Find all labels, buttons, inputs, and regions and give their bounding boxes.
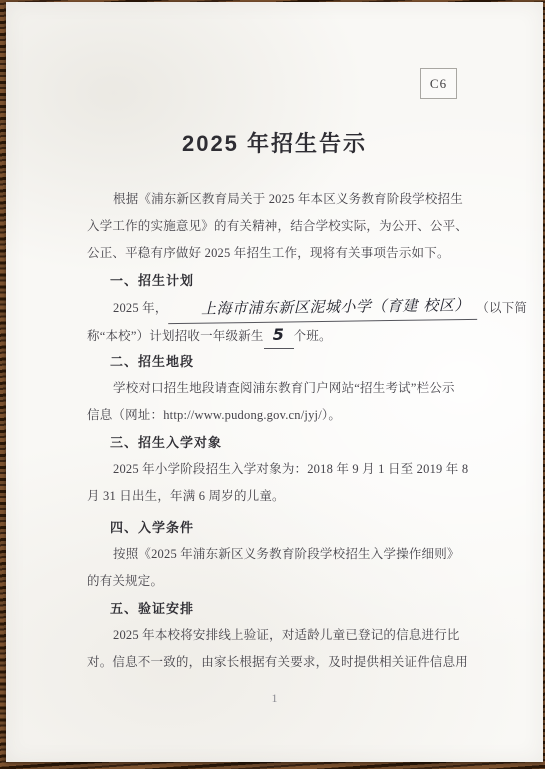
- section-heading-1: 一、招生计划: [87, 267, 469, 294]
- page-number: 1: [6, 690, 543, 706]
- section-heading-2: 二、招生地段: [87, 348, 469, 375]
- body-line: 按照《2025 年浦东新区义务教育阶段学校招生入学操作细则》: [87, 541, 469, 568]
- body-line: 2025 年本校将安排线上验证，对适龄儿童已登记的信息进行比: [87, 622, 469, 649]
- section1-line2: 称“本校”）计划招收一年级新生5个班。: [87, 321, 469, 348]
- intro-line: 公正、平稳有序做好 2025 年招生工作，现将有关事项告示如下。: [87, 240, 469, 267]
- body-line: 学校对口招生地段请查阅浦东教育门户网站“招生考试”栏公示: [87, 375, 469, 402]
- section-heading-3: 三、招生入学对象: [87, 429, 469, 456]
- intro-line: 入学工作的实施意见》的有关精神，结合学校实际，为公开、公平、: [87, 213, 469, 240]
- handwritten-school-name: 上海市浦东新区泥城小学（育建 校区）: [167, 292, 476, 324]
- document-title: 2025 年招生告示: [6, 130, 543, 158]
- section-heading-5: 五、验证安排: [87, 595, 469, 622]
- document-page: C6 2025 年招生告示 根据《浦东新区教育局关于 2025 年本区义务教育阶…: [6, 2, 543, 762]
- body-line: 对。信息不一致的，由家长根据有关要求，及时提供相关证件信息用: [87, 649, 469, 676]
- corner-code-box: C6: [420, 68, 457, 99]
- document-body: 根据《浦东新区教育局关于 2025 年本区义务教育阶段学校招生 入学工作的实施意…: [87, 186, 469, 676]
- body-line: 2025 年小学阶段招生入学对象为：2018 年 9 月 1 日至 2019 年…: [87, 456, 469, 483]
- body-line: 的有关规定。: [87, 568, 469, 595]
- corner-code-label: C6: [430, 76, 447, 92]
- body-line: 信息（网址：http://www.pudong.gov.cn/jyj/）。: [87, 402, 469, 429]
- section-heading-4: 四、入学条件: [87, 514, 469, 541]
- intro-line: 根据《浦东新区教育局关于 2025 年本区义务教育阶段学校招生: [87, 186, 469, 213]
- body-line: 月 31 日出生，年满 6 周岁的儿童。: [87, 483, 469, 510]
- section1-line1-prefix: 2025 年，: [113, 301, 168, 315]
- section1-line2-prefix: 称“本校”）计划招收一年级新生: [87, 329, 264, 343]
- handwritten-class-count: 5: [264, 321, 294, 349]
- section1-line1: 2025 年，上海市浦东新区泥城小学（育建 校区）（以下简: [87, 294, 469, 321]
- section1-line1-suffix: （以下简: [476, 301, 527, 315]
- wood-table-background: C6 2025 年招生告示 根据《浦东新区教育局关于 2025 年本区义务教育阶…: [0, 0, 545, 769]
- section1-line2-suffix: 个班。: [294, 329, 332, 343]
